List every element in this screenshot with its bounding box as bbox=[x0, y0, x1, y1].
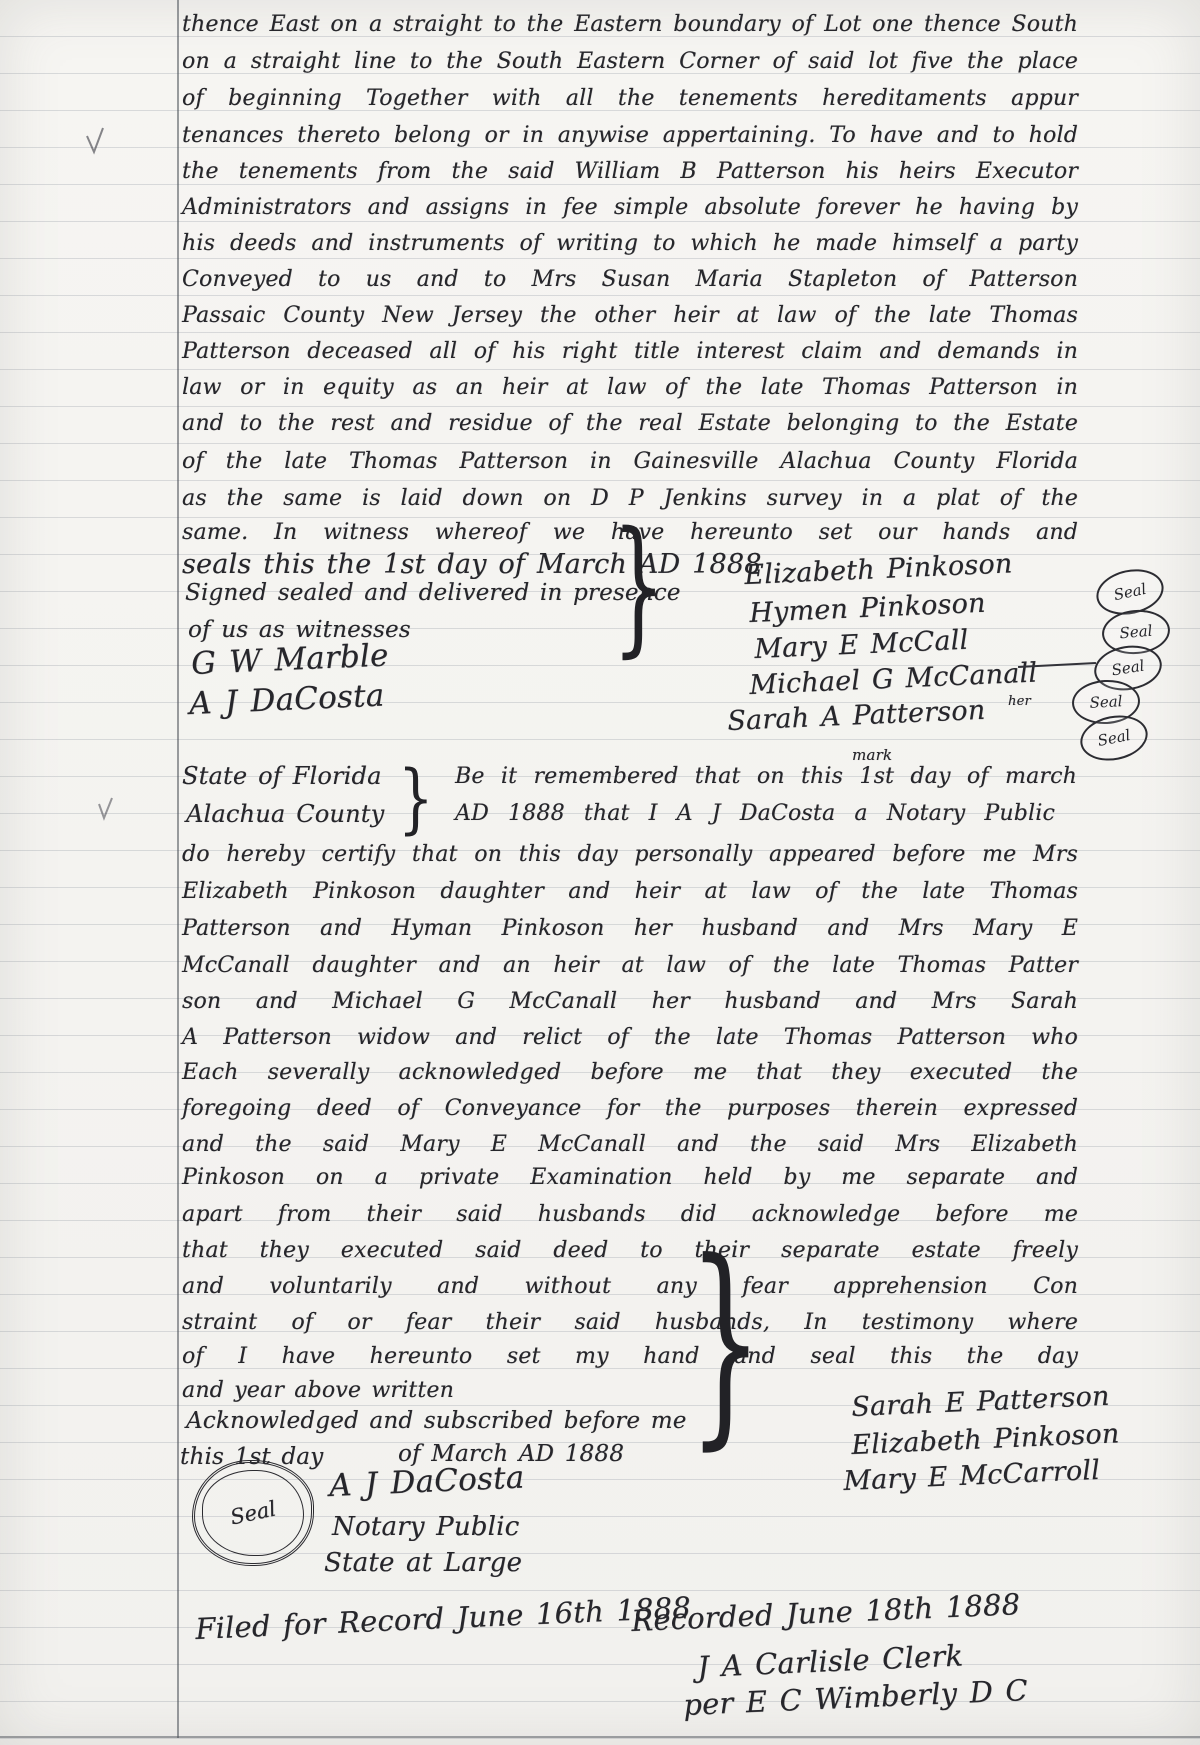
notary-seal: Seal bbox=[192, 1460, 314, 1566]
ack-line: Be it remembered that on this 1st day of… bbox=[455, 764, 1077, 789]
deed-line: on a straight line to the South Eastern … bbox=[182, 47, 1078, 77]
deed-line: law or in equity as an heir at law of th… bbox=[182, 373, 1078, 403]
her-mark-annotation: mark bbox=[852, 746, 892, 764]
ack-line: straint of or fear their said husbands, … bbox=[182, 1308, 1078, 1338]
seal-label: Seal bbox=[1096, 726, 1132, 750]
deed-line: tenances thereto belong or in anywise ap… bbox=[182, 121, 1078, 151]
deed-record-page: thence East on a straight to the Eastern… bbox=[0, 0, 1200, 1745]
ack-line: Elizabeth Pinkoson daughter and heir at … bbox=[182, 877, 1078, 907]
ack-line: that they executed said deed to their se… bbox=[182, 1236, 1078, 1266]
deed-line: and to the rest and residue of the real … bbox=[182, 409, 1078, 439]
ack-line: McCanall daughter and an heir at law of … bbox=[182, 951, 1078, 981]
grantor-signature: Hymen Pinkoson bbox=[749, 588, 987, 629]
ack-line: foregoing deed of Conveyance for the pur… bbox=[182, 1094, 1078, 1124]
closing-signature: Elizabeth Pinkoson bbox=[851, 1418, 1120, 1461]
venue-state: State of Florida bbox=[182, 762, 382, 790]
notary-signature: A J DaCosta bbox=[328, 1460, 525, 1504]
ack-line: of I have hereunto set my hand and seal … bbox=[182, 1342, 1078, 1372]
grantor-signature: Sarah A Patterson bbox=[727, 695, 986, 737]
ack-line: A Patterson widow and relict of the late… bbox=[182, 1023, 1078, 1053]
ack-line: Each severally acknowledged before me th… bbox=[182, 1058, 1078, 1088]
notary-seal-label: Seal bbox=[228, 1496, 278, 1529]
deed-line: of the late Thomas Patterson in Gainesvi… bbox=[182, 447, 1078, 477]
her-mark-annotation: her bbox=[1008, 694, 1031, 709]
witness-clause: Signed sealed and delivered in presence bbox=[185, 580, 681, 606]
deed-line: Patterson deceased all of his right titl… bbox=[182, 337, 1078, 367]
ack-line: apart from their said husbands did ackno… bbox=[182, 1200, 1078, 1230]
witness-signature: A J DaCosta bbox=[188, 678, 385, 722]
notary-ack-line: Acknowledged and subscribed before me bbox=[186, 1408, 687, 1434]
filed-line: Filed for Record June 16th 1888 bbox=[195, 1590, 692, 1646]
ack-line: and voluntarily and without any fear app… bbox=[182, 1272, 1078, 1302]
ack-line: Patterson and Hyman Pinkoson her husband… bbox=[182, 914, 1078, 944]
ack-line: son and Michael G McCanall her husband a… bbox=[182, 987, 1078, 1017]
seal-label: Seal bbox=[1089, 692, 1123, 712]
witness-signature: G W Marble bbox=[190, 637, 389, 682]
ack-line: AD 1888 that I A J DaCosta a Notary Publ… bbox=[455, 801, 1055, 826]
ack-line: and the said Mary E McCanall and the sai… bbox=[182, 1130, 1078, 1160]
deed-line: of beginning Together with all the tenem… bbox=[182, 84, 1078, 114]
venue-brace: } bbox=[398, 762, 434, 838]
closing-signature: Mary E McCarroll bbox=[843, 1455, 1101, 1497]
seal-label: Seal bbox=[1112, 580, 1148, 604]
seal-label: Seal bbox=[1110, 657, 1145, 680]
deed-line: the tenements from the said William B Pa… bbox=[182, 157, 1078, 187]
grantor-signature: Mary E McCall bbox=[754, 625, 969, 665]
seal-label: Seal bbox=[1119, 622, 1153, 643]
margin-rule bbox=[177, 0, 179, 1738]
deed-line: Administrators and assigns in fee simple… bbox=[182, 193, 1078, 223]
notary-jurisdiction: State at Large bbox=[324, 1548, 522, 1578]
notary-title: Notary Public bbox=[332, 1512, 519, 1542]
deed-line: thence East on a straight to the Eastern… bbox=[182, 10, 1078, 40]
pencil-mark-icon bbox=[84, 126, 106, 156]
ack-line: Pinkoson on a private Examination held b… bbox=[182, 1163, 1078, 1193]
deed-line: Conveyed to us and to Mrs Susan Maria St… bbox=[182, 265, 1078, 295]
deed-line: Passaic County New Jersey the other heir… bbox=[182, 301, 1078, 331]
venue-county: Alachua County bbox=[186, 800, 384, 828]
ack-line: do hereby certify that on this day perso… bbox=[182, 840, 1078, 870]
grantor-signature: Michael G McCanall bbox=[749, 657, 1038, 701]
signature-brace: } bbox=[612, 512, 665, 659]
pencil-mark-icon bbox=[96, 796, 114, 822]
notary-brace: } bbox=[688, 1232, 763, 1450]
bottom-rule bbox=[0, 1736, 1200, 1738]
deed-line: his deeds and instruments of writing to … bbox=[182, 229, 1078, 259]
